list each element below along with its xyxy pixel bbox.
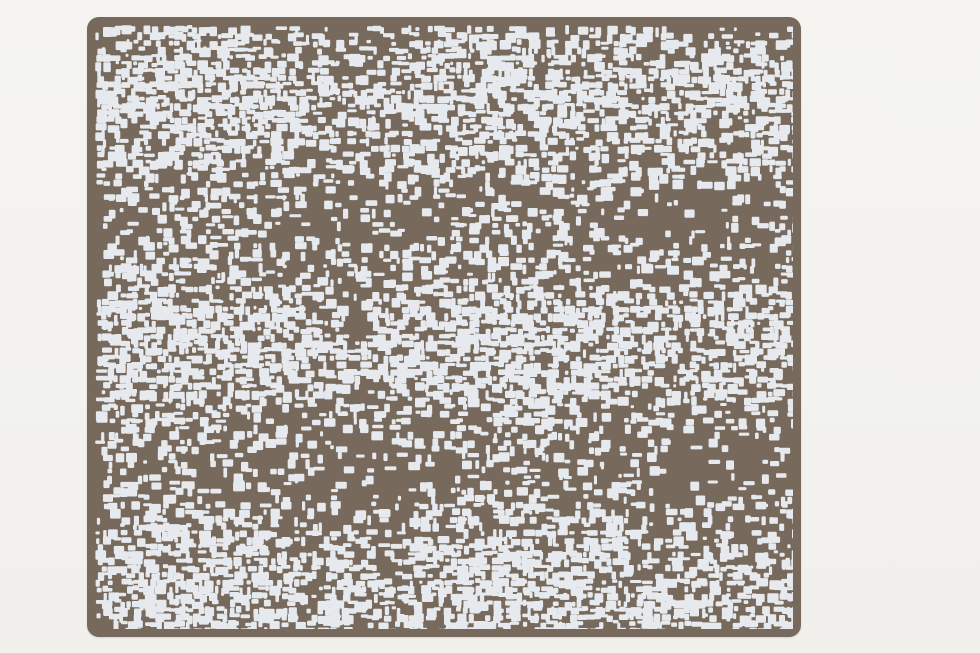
texture-pattern bbox=[95, 25, 793, 629]
placemat bbox=[87, 17, 801, 637]
placemat-pattern bbox=[95, 25, 793, 629]
